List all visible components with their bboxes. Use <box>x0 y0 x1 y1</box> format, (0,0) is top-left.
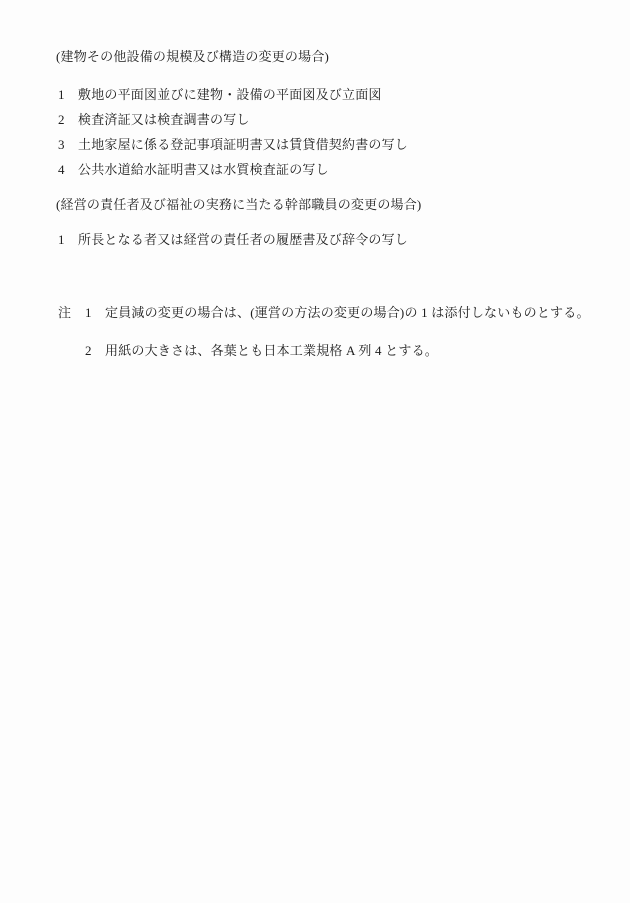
list-item: 1 敷地の平面図並びに建物・設備の平面図及び立面図 <box>58 86 630 103</box>
item-text: 敷地の平面図並びに建物・設備の平面図及び立面図 <box>78 86 382 103</box>
note-label: 注 <box>58 304 85 321</box>
note-item: 注 1 定員減の変更の場合は、(運営の方法の変更の場合)の 1 は添付しないもの… <box>58 304 630 321</box>
document-page: (建物その他設備の規模及び構造の変更の場合) 1 敷地の平面図並びに建物・設備の… <box>0 0 630 903</box>
item-number: 4 <box>58 161 78 178</box>
item-text: 公共水道給水証明書又は水質検査証の写し <box>78 161 329 178</box>
note-item: 2 用紙の大きさは、各葉とも日本工業規格 A 列 4 とする。 <box>58 342 630 359</box>
item-number: 1 <box>58 231 78 248</box>
note-text: 用紙の大きさは、各葉とも日本工業規格 A 列 4 とする。 <box>105 342 438 359</box>
section-heading-management-change: (経営の責任者及び福祉の実務に当たる幹部職員の変更の場合) <box>56 196 630 213</box>
item-number: 3 <box>58 136 78 153</box>
list-item: 3 土地家屋に係る登記事項証明書又は賃貸借契約書の写し <box>58 136 630 153</box>
list-item: 4 公共水道給水証明書又は水質検査証の写し <box>58 161 630 178</box>
list-item: 1 所長となる者又は経営の責任者の履歴書及び辞令の写し <box>58 231 630 248</box>
item-number: 2 <box>58 111 78 128</box>
item-number: 1 <box>58 86 78 103</box>
item-text: 所長となる者又は経営の責任者の履歴書及び辞令の写し <box>78 231 408 248</box>
item-text: 検査済証又は検査調書の写し <box>78 111 250 128</box>
list-item: 2 検査済証又は検査調書の写し <box>58 111 630 128</box>
note-number: 1 <box>85 304 105 321</box>
note-label-spacer <box>58 342 85 359</box>
note-text: 定員減の変更の場合は、(運営の方法の変更の場合)の 1 は添付しないものとする。 <box>105 304 590 321</box>
note-number: 2 <box>85 342 105 359</box>
section-heading-building-change: (建物その他設備の規模及び構造の変更の場合) <box>56 48 630 65</box>
item-text: 土地家屋に係る登記事項証明書又は賃貸借契約書の写し <box>78 136 408 153</box>
